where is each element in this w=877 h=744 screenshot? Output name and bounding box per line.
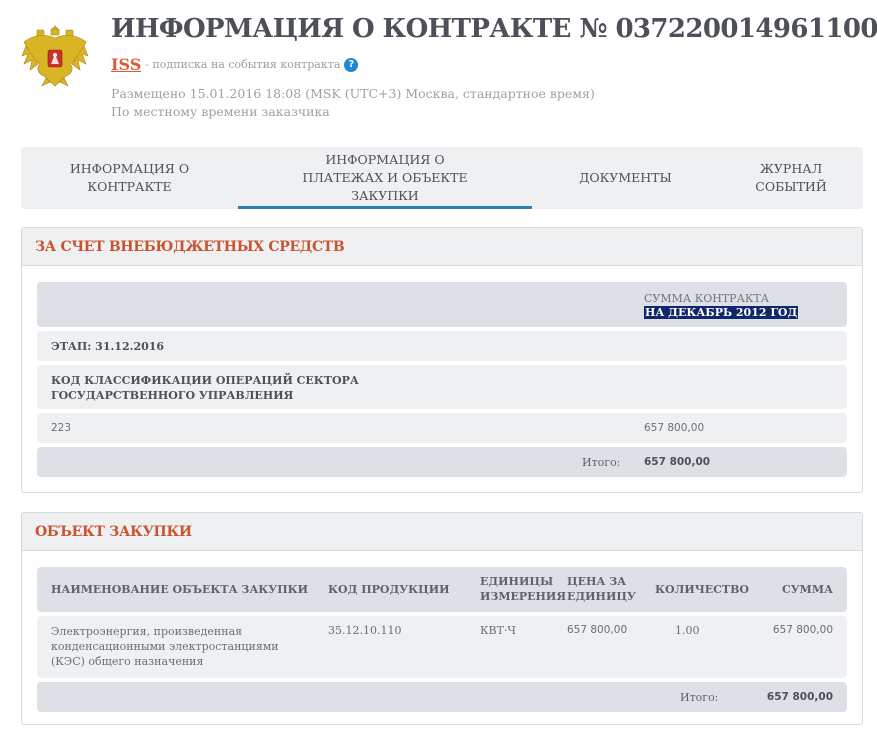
total-label: Итого: [680, 691, 718, 704]
item-sum: 657 800,00 [773, 624, 833, 636]
item-quantity: 1.00 [675, 624, 700, 637]
total-value: 657 800,00 [644, 456, 710, 468]
purchase-table-header: НАИМЕНОВАНИЕ ОБЪЕКТА ЗАКУПКИ КОД ПРОДУКЦ… [37, 567, 847, 612]
item-unit: КВТ·Ч [480, 624, 516, 637]
sum-header-period-selected: НА ДЕКАБРЬ 2012 ГОД [644, 306, 798, 319]
page-header: ИНФОРМАЦИЯ О КОНТРАКТЕ № 037220014961100… [0, 0, 877, 140]
kosgu-amount: 657 800,00 [644, 422, 704, 434]
tab-label: ДОКУМЕНТЫ [579, 169, 672, 187]
purchase-object-title: ОБЪЕКТ ЗАКУПКИ [22, 513, 862, 551]
posted-datetime: Размещено 15.01.2016 18:08 (MSK (UTC+3) … [111, 86, 595, 101]
tab-event-log[interactable]: ЖУРНАЛ СОБЫТИЙ [719, 147, 863, 209]
tab-payments-purchase[interactable]: ИНФОРМАЦИЯ О ПЛАТЕЖАХ И ОБЪЕКТЕ ЗАКУПКИ [238, 147, 532, 209]
col-unit-price: ЦЕНА ЗА ЕДИНИЦУ [567, 574, 637, 604]
kosgu-label: КОД КЛАССИФИКАЦИИ ОПЕРАЦИЙ СЕКТОРА ГОСУД… [51, 373, 451, 403]
kosgu-row: КОД КЛАССИФИКАЦИИ ОПЕРАЦИЙ СЕКТОРА ГОСУД… [37, 365, 847, 409]
funding-table-header: СУММА КОНТРАКТА НА ДЕКАБРЬ 2012 ГОД [37, 282, 847, 327]
subscription-text: - подписка на события контракта [145, 58, 340, 71]
tab-label: ЖУРНАЛ СОБЫТИЙ [751, 160, 831, 196]
item-unit-price: 657 800,00 [567, 624, 627, 636]
question-circle-icon[interactable]: ? [344, 58, 358, 72]
table-row: 223 657 800,00 [37, 413, 847, 443]
tab-label: ИНФОРМАЦИЯ О ПЛАТЕЖАХ И ОБЪЕКТЕ ЗАКУПКИ [285, 151, 485, 205]
sum-header-line1: СУММА КОНТРАКТА [644, 292, 798, 306]
stage-label: ЭТАП: 31.12.2016 [51, 340, 164, 353]
purchase-object-panel: ОБЪЕКТ ЗАКУПКИ НАИМЕНОВАНИЕ ОБЪЕКТА ЗАКУ… [21, 512, 863, 725]
table-row: Электроэнергия, произведенная конденсаци… [37, 616, 847, 678]
item-name: Электроэнергия, произведенная конденсаци… [51, 624, 291, 669]
tab-label: ИНФОРМАЦИЯ О КОНТРАКТЕ [65, 160, 195, 196]
tab-bar: ИНФОРМАЦИЯ О КОНТРАКТЕ ИНФОРМАЦИЯ О ПЛАТ… [21, 147, 863, 209]
stage-row: ЭТАП: 31.12.2016 [37, 331, 847, 361]
total-value: 657 800,00 [767, 691, 833, 703]
col-quantity: КОЛИЧЕСТВО [655, 582, 749, 597]
sum-column-header: СУММА КОНТРАКТА НА ДЕКАБРЬ 2012 ГОД [644, 292, 798, 320]
russian-coat-of-arms-icon [20, 20, 90, 92]
kosgu-code: 223 [51, 422, 71, 434]
col-sum: СУММА [782, 582, 833, 597]
item-product-code: 35.12.10.110 [328, 624, 401, 637]
col-unit: ЕДИНИЦЫ ИЗМЕРЕНИЯ [480, 574, 560, 604]
funding-title: ЗА СЧЕТ ВНЕБЮДЖЕТНЫХ СРЕДСТВ [22, 228, 862, 266]
tab-contract-info[interactable]: ИНФОРМАЦИЯ О КОНТРАКТЕ [21, 147, 238, 209]
col-name: НАИМЕНОВАНИЕ ОБЪЕКТА ЗАКУПКИ [51, 582, 308, 597]
local-time-note: По местному времени заказчика [111, 104, 330, 119]
tab-documents[interactable]: ДОКУМЕНТЫ [532, 147, 719, 209]
page-title: ИНФОРМАЦИЯ О КОНТРАКТЕ № 037220014961100… [111, 14, 877, 44]
iss-subscribe-link[interactable]: ISS [111, 55, 141, 74]
funding-total-row: Итого: 657 800,00 [37, 447, 847, 477]
subscription-line: ISS - подписка на события контракта ? [111, 55, 358, 74]
funding-panel: ЗА СЧЕТ ВНЕБЮДЖЕТНЫХ СРЕДСТВ СУММА КОНТР… [21, 227, 863, 493]
purchase-total-row: Итого: 657 800,00 [37, 682, 847, 712]
total-label: Итого: [582, 456, 620, 469]
col-product-code: КОД ПРОДУКЦИИ [328, 582, 450, 597]
